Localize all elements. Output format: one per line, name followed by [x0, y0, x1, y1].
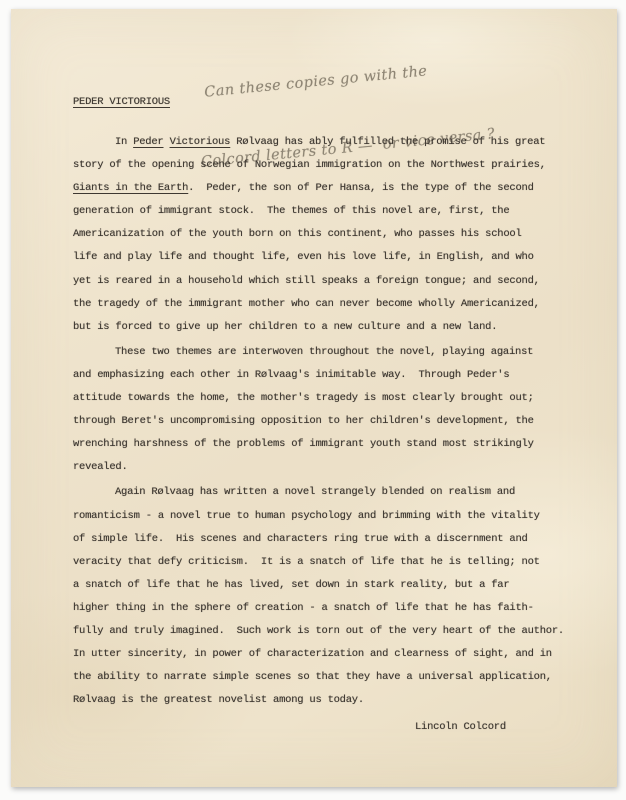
text-segment: Again Rølvaag has written a novel strang… [115, 486, 515, 498]
text-segment: These two themes are interwoven througho… [115, 346, 533, 358]
text-segment: life and play life and thought life, eve… [73, 251, 534, 263]
paragraph: These two themes are interwoven througho… [73, 341, 593, 480]
text-segment: veracity that defy criticism. It is a sn… [73, 556, 540, 568]
text-segment: revealed. [73, 461, 128, 473]
text-line: the tragedy of the immigrant mother who … [73, 293, 593, 316]
text-line: but is forced to give up her children to… [73, 316, 593, 339]
text-line: the ability to narrate simple scenes so … [73, 666, 593, 689]
text-line: veracity that defy criticism. It is a sn… [73, 551, 593, 574]
document-body: In Peder Victorious Rølvaag has ably ful… [73, 131, 593, 714]
text-segment: a snatch of life that he has lived, set … [73, 579, 509, 591]
text-line: yet is reared in a household which still… [73, 270, 593, 293]
text-segment: of simple life. His scenes and character… [73, 533, 528, 545]
text-line: Americanization of the youth born on thi… [73, 223, 593, 246]
text-line: Again Rølvaag has written a novel strang… [73, 481, 593, 504]
underlined-phrase: Peder [133, 136, 163, 148]
text-segment: the tragedy of the immigrant mother who … [73, 298, 540, 310]
text-line: a snatch of life that he has lived, set … [73, 574, 593, 597]
text-segment: the ability to narrate simple scenes so … [73, 671, 552, 683]
text-segment: Rølvaag is the greatest novelist among u… [73, 694, 364, 706]
text-line: attitude towards the home, the mother's … [73, 387, 593, 410]
text-segment: . Peder, the son of Per Hansa, is the ty… [188, 182, 533, 194]
text-line: These two themes are interwoven througho… [73, 341, 593, 364]
text-line: revealed. [73, 456, 593, 479]
text-line: generation of immigrant stock. The theme… [73, 200, 593, 223]
text-segment: attitude towards the home, the mother's … [73, 392, 534, 404]
paragraph: Again Rølvaag has written a novel strang… [73, 481, 593, 712]
text-line: In Peder Victorious Rølvaag has ably ful… [73, 131, 593, 154]
text-line: of simple life. His scenes and character… [73, 528, 593, 551]
text-segment: generation of immigrant stock. The theme… [73, 205, 509, 217]
text-line: In utter sincerity, in power of characte… [73, 643, 593, 666]
text-segment: Americanization of the youth born on thi… [73, 228, 522, 240]
text-line: fully and truly imagined. Such work is t… [73, 620, 593, 643]
text-segment: but is forced to give up her children to… [73, 321, 497, 333]
text-line: Rølvaag is the greatest novelist among u… [73, 689, 593, 712]
text-line: story of the opening scene of Norwegian … [73, 154, 593, 177]
underlined-phrase: Giants in the Earth [73, 182, 188, 194]
scan-background: { "annotation": { "line1": "Can these co… [0, 0, 626, 800]
text-segment: story of the opening scene of Norwegian … [73, 159, 546, 171]
underlined-phrase: Victorious [170, 136, 231, 148]
text-segment: yet is reared in a household which still… [73, 275, 540, 287]
text-segment: In [115, 136, 133, 148]
document-title: PEDER VICTORIOUS [73, 95, 170, 109]
text-segment: romanticism - a novel true to human psyc… [73, 510, 540, 522]
text-line: higher thing in the sphere of creation -… [73, 597, 593, 620]
text-segment: In utter sincerity, in power of characte… [73, 648, 552, 660]
document-page: Can these copies go with the Colcord let… [11, 9, 617, 787]
annotation-line: Can these copies go with the [193, 54, 489, 105]
text-line: romanticism - a novel true to human psyc… [73, 505, 593, 528]
text-line: life and play life and thought life, eve… [73, 246, 593, 269]
text-line: through Beret's uncompromising oppositio… [73, 410, 593, 433]
text-segment: and emphasizing each other in Rølvaag's … [73, 369, 509, 381]
text-segment: fully and truly imagined. Such work is t… [73, 625, 564, 637]
text-line: wrenching harshness of the problems of i… [73, 433, 593, 456]
signature: Lincoln Colcord [415, 720, 506, 734]
text-line: Giants in the Earth. Peder, the son of P… [73, 177, 593, 200]
text-segment: through Beret's uncompromising oppositio… [73, 415, 534, 427]
paragraph: In Peder Victorious Rølvaag has ably ful… [73, 131, 593, 339]
text-segment: Rølvaag has ably fulfilled the promise o… [230, 136, 545, 148]
text-line: and emphasizing each other in Rølvaag's … [73, 364, 593, 387]
text-segment: wrenching harshness of the problems of i… [73, 438, 534, 450]
text-segment: higher thing in the sphere of creation -… [73, 602, 534, 614]
